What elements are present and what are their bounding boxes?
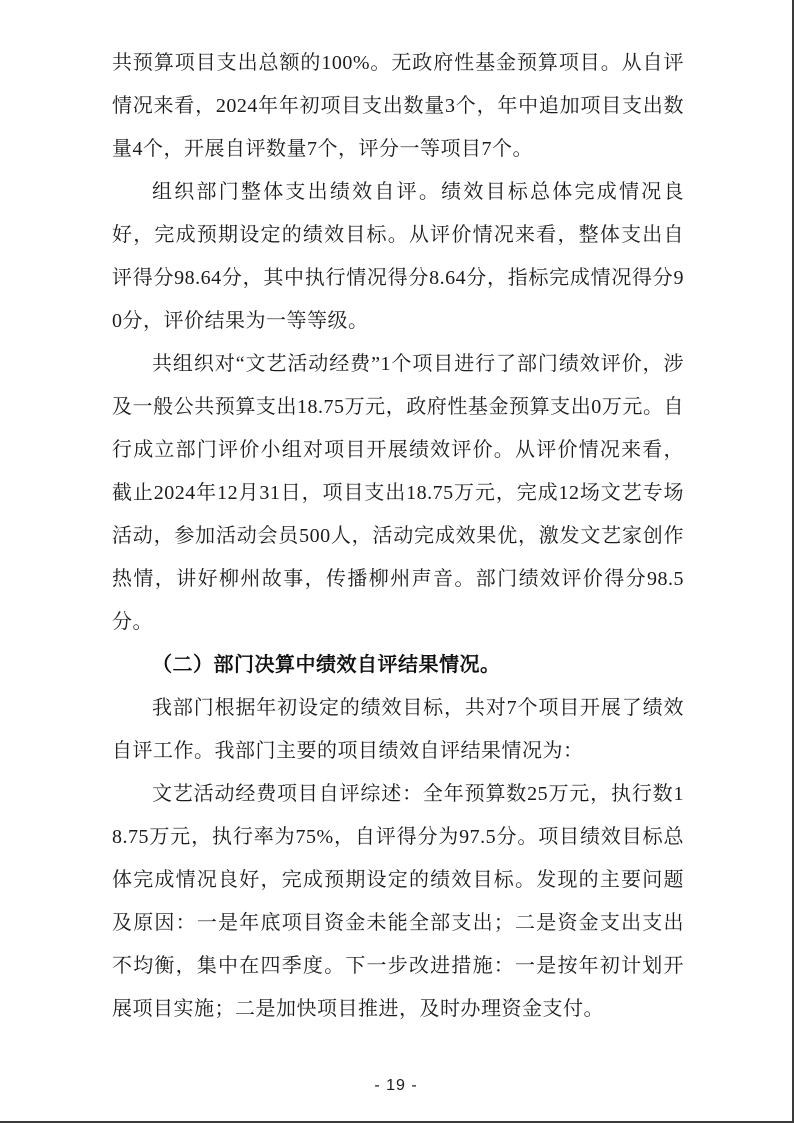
page-number: - 19 -: [0, 1077, 792, 1095]
body-paragraph: 文艺活动经费项目自评综述：全年预算数25万元，执行数18.75万元，执行率为75…: [112, 773, 684, 1031]
body-paragraph: 组织部门整体支出绩效自评。绩效目标总体完成情况良好，完成预期设定的绩效目标。从评…: [112, 171, 684, 343]
body-paragraph: 共组织对“文艺活动经费”1个项目进行了部门绩效评价，涉及一般公共预算支出18.7…: [112, 343, 684, 644]
body-paragraph: 共预算项目支出总额的100%。无政府性基金预算项目。从自评情况来看，2024年年…: [112, 42, 684, 171]
section-heading: （二）部门决算中绩效自评结果情况。: [112, 644, 684, 687]
document-page: 共预算项目支出总额的100%。无政府性基金预算项目。从自评情况来看，2024年年…: [0, 0, 794, 1123]
document-body: 共预算项目支出总额的100%。无政府性基金预算项目。从自评情况来看，2024年年…: [112, 42, 684, 1031]
body-paragraph: 我部门根据年初设定的绩效目标，共对7个项目开展了绩效自评工作。我部门主要的项目绩…: [112, 687, 684, 773]
